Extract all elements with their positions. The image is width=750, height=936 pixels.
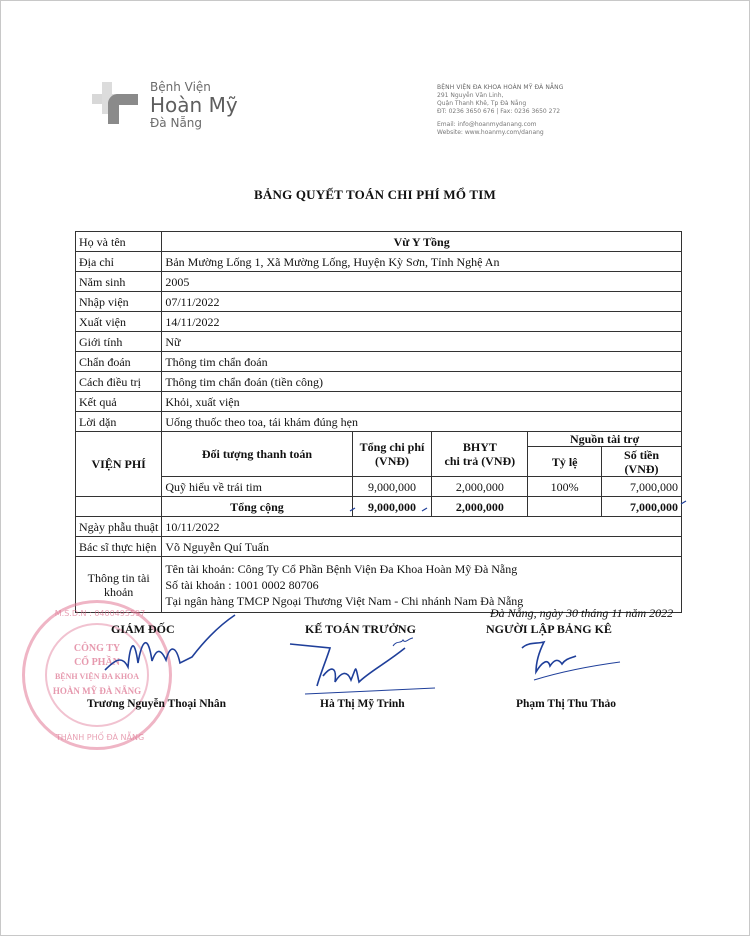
patient-field-label: Lời dặn: [76, 412, 162, 432]
patient-field-value: Uống thuốc theo toa, tái khám đúng hẹn: [162, 412, 682, 432]
chief-accountant-name: Hà Thị Mỹ Trinh: [320, 698, 405, 710]
patient-row: Nhập viện07/11/2022: [76, 292, 682, 312]
account-info: Tên tài khoản: Công Ty Cổ Phần Bệnh Viện…: [162, 557, 682, 613]
fee-payer: Quỹ hiểu về trái tim: [162, 477, 352, 497]
brand-line-2: Hoàn Mỹ: [150, 94, 238, 116]
chief-accountant-signature: [285, 636, 445, 698]
account-number: Số tài khoản : 1001 0002 80706: [165, 577, 678, 593]
account-name: Tên tài khoản: Công Ty Cổ Phần Bệnh Viện…: [165, 561, 678, 577]
totals-total: 9,000,000: [352, 497, 432, 517]
surgery-date-row: Ngày phẫu thuật 10/11/2022: [76, 517, 682, 537]
contact-address-1: 291 Nguyễn Văn Linh,: [437, 92, 563, 100]
patient-field-label: Cách điều trị: [76, 372, 162, 392]
patient-field-value: Thông tim chẩn đoán (tiền công): [162, 372, 682, 392]
contact-address-2: Quận Thanh Khê, Tp Đà Nẵng: [437, 100, 563, 108]
document-title: BẢNG QUYẾT TOÁN CHI PHÍ MỔ TIM: [0, 187, 750, 203]
patient-field-label: Kết quả: [76, 392, 162, 412]
hospital-logo-icon: [92, 80, 140, 120]
header-total: Tổng chi phí(VNĐ): [352, 432, 432, 477]
hospital-brand: Bệnh Viện Hoàn Mỹ Đà Nẵng: [150, 80, 238, 130]
patient-field-label: Giới tính: [76, 332, 162, 352]
patient-row: Chẩn đoánThông tim chẩn đoán: [76, 352, 682, 372]
patient-field-value: Khỏi, xuất viện: [162, 392, 682, 412]
settlement-table: Họ và tênVừ Y TồngĐịa chỉBản Mường Lống …: [75, 231, 682, 613]
contact-email: Email: info@hoanmydanang.com: [437, 121, 563, 129]
header-insurance: BHYTchi trả (VNĐ): [432, 432, 528, 477]
brand-line-3: Đà Nẵng: [150, 116, 238, 130]
patient-row: Kết quảKhỏi, xuất viện: [76, 392, 682, 412]
header-amount: Số tiền(VNĐ): [602, 447, 682, 477]
director-name: Trương Nguyễn Thoại Nhân: [87, 698, 226, 710]
patient-field-label: Năm sinh: [76, 272, 162, 292]
account-row: Thông tin tàikhoản Tên tài khoản: Công T…: [76, 557, 682, 613]
doctor-label: Bác sĩ thực hiện: [76, 537, 162, 557]
preparer-signature: [510, 636, 630, 686]
patient-row: Xuất viện14/11/2022: [76, 312, 682, 332]
totals-label: Tổng cộng: [162, 497, 352, 517]
fee-insurance: 2,000,000: [432, 477, 528, 497]
patient-field-value: Bản Mường Lống 1, Xã Mường Lống, Huyện K…: [162, 252, 682, 272]
patient-field-value: Thông tim chẩn đoán: [162, 352, 682, 372]
patient-field-value: Nữ: [162, 332, 682, 352]
patient-field-value: 2005: [162, 272, 682, 292]
header-funding: Nguồn tài trợ: [528, 432, 682, 447]
patient-field-value: 14/11/2022: [162, 312, 682, 332]
fees-header-row: VIỆN PHÍ Đối tượng thanh toán Tổng chi p…: [76, 432, 682, 447]
preparer-name: Phạm Thị Thu Thảo: [516, 698, 616, 710]
contact-website: Website: www.hoanmy.com/danang: [437, 129, 563, 137]
patient-field-label: Họ và tên: [76, 232, 162, 252]
doctor-value: Võ Nguyễn Quí Tuấn: [162, 537, 682, 557]
totals-amount: 7,000,000: [602, 497, 682, 517]
patient-field-label: Xuất viện: [76, 312, 162, 332]
patient-field-value: Vừ Y Tồng: [162, 232, 682, 252]
hospital-contact: BỆNH VIỆN ĐA KHOA HOÀN MỸ ĐÀ NẴNG 291 Ng…: [437, 84, 563, 137]
surgery-date-label: Ngày phẫu thuật: [76, 517, 162, 537]
surgery-date-value: 10/11/2022: [162, 517, 682, 537]
patient-row: Họ và tênVừ Y Tồng: [76, 232, 682, 252]
patient-row: Giới tínhNữ: [76, 332, 682, 352]
patient-row: Lời dặnUống thuốc theo toa, tái khám đún…: [76, 412, 682, 432]
fee-total: 9,000,000: [352, 477, 432, 497]
brand-line-1: Bệnh Viện: [150, 80, 238, 94]
header-ratio: Tỷ lệ: [528, 447, 602, 477]
fee-amount: 7,000,000: [602, 477, 682, 497]
totals-row: Tổng cộng 9,000,000 2,000,000 7,000,000: [76, 497, 682, 517]
totals-insurance: 2,000,000: [432, 497, 528, 517]
fee-row: Quỹ hiểu về trái tim 9,000,000 2,000,000…: [76, 477, 682, 497]
patient-row: Địa chỉBản Mường Lống 1, Xã Mường Lống, …: [76, 252, 682, 272]
patient-field-label: Chẩn đoán: [76, 352, 162, 372]
patient-row: Năm sinh2005: [76, 272, 682, 292]
fee-ratio: 100%: [528, 477, 602, 497]
preparer-title: NGƯỜI LẬP BẢNG KÊ: [486, 622, 612, 637]
signing-date: Đà Nẵng, ngày 30 tháng 11 năm 2022: [490, 606, 673, 621]
patient-field-label: Địa chỉ: [76, 252, 162, 272]
header-payer: Đối tượng thanh toán: [162, 432, 352, 477]
fees-section-label: VIỆN PHÍ: [76, 432, 162, 497]
patient-row: Cách điều trịThông tim chẩn đoán (tiền c…: [76, 372, 682, 392]
patient-field-label: Nhập viện: [76, 292, 162, 312]
patient-field-value: 07/11/2022: [162, 292, 682, 312]
director-signature: [100, 615, 240, 695]
totals-ratio: [528, 497, 602, 517]
chief-accountant-title: KẾ TOÁN TRƯỞNG: [305, 622, 416, 637]
contact-name: BỆNH VIỆN ĐA KHOA HOÀN MỸ ĐÀ NẴNG: [437, 84, 563, 92]
contact-phone-fax: ĐT: 0236 3650 676 | Fax: 0236 3650 272: [437, 108, 563, 116]
doctor-row: Bác sĩ thực hiện Võ Nguyễn Quí Tuấn: [76, 537, 682, 557]
